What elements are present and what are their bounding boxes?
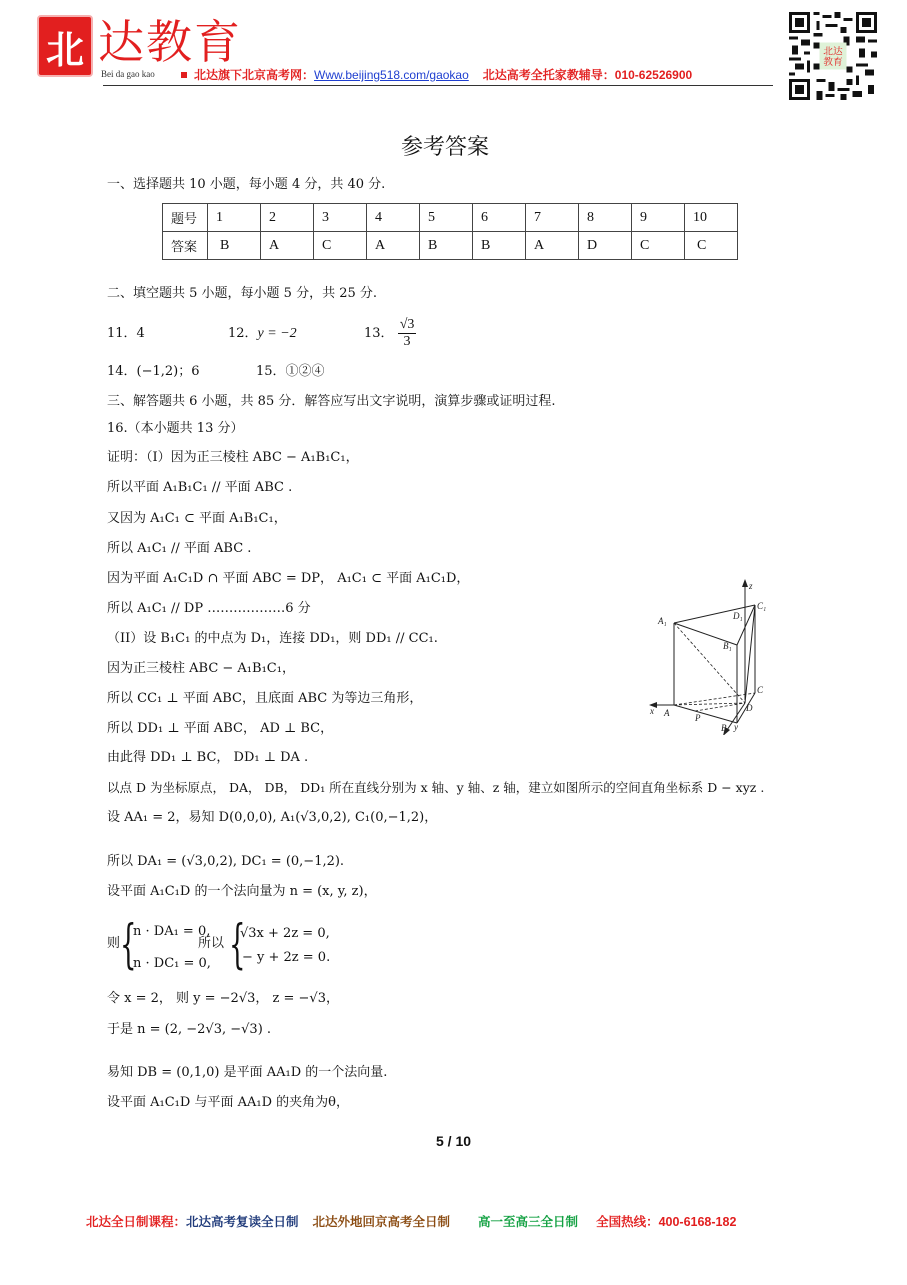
proof-line: 所以 DD₁ ⊥ 平面 ABC， AD ⊥ BC， — [107, 719, 333, 739]
table-cell: A — [367, 232, 420, 260]
q12-value: y = −2 — [258, 326, 297, 341]
footer-label: 北达全日制课程： — [86, 1215, 186, 1229]
figure-label: y — [733, 722, 738, 732]
proof-line: 因为正三棱柱 ABC − A₁B₁C₁， — [107, 659, 295, 679]
figure-label: P — [694, 713, 701, 723]
proof-line: 于是 n = (2, −2√3, −√3) . — [107, 1020, 271, 1040]
logo-mark: 北 — [37, 15, 93, 77]
q16-heading: 16.（本小题共 13 分） — [107, 419, 243, 439]
table-cell: A — [261, 232, 314, 260]
proof-then: 则 — [107, 934, 120, 954]
proof-line: 易知 DB = (0,1,0) 是平面 AA₁D 的一个法向量. — [107, 1063, 387, 1083]
table-cell: 5 — [420, 204, 473, 232]
table-cell: 4 — [367, 204, 420, 232]
figure-label: C₁ — [757, 601, 766, 611]
proof-so: 所以 — [198, 934, 224, 954]
header-prefix: 北达旗下北京高考网： — [194, 68, 314, 82]
footer-course-2: 北达外地回京高考全日制 — [313, 1215, 451, 1229]
figure-label: z — [748, 581, 753, 591]
footer-course-3: 高一至高三全日制 — [478, 1215, 578, 1229]
figure-label: C — [757, 685, 764, 695]
q13-fraction: √33 — [398, 317, 417, 350]
proof-line: 所以 A₁C₁ // 平面 ABC . — [107, 539, 251, 559]
footer-banner: 北达全日制课程：北达高考复读全日制北达外地回京高考全日制高一至高三全日制全国热线… — [86, 1212, 736, 1230]
prism-figure: z C₁ D₁ A₁ B₁ C D x A P B y — [645, 575, 790, 735]
qr-code-icon: 北达 教育 — [789, 12, 877, 100]
proof-line: 因为平面 A₁C₁D ∩ 平面 ABC = DP， A₁C₁ ⊂ 平面 A₁C₁… — [107, 569, 469, 589]
svg-text:教育: 教育 — [823, 55, 843, 68]
proof-line: 设平面 A₁C₁D 的一个法向量为 n = (x, y, z)， — [107, 882, 377, 902]
footer-course-1: 北达高考复读全日制 — [186, 1215, 299, 1229]
logo-char: 北 — [46, 19, 84, 74]
section2-heading: 二、填空题共 5 小题，每小题 5 分，共 25 分. — [107, 284, 377, 304]
answer-table: 题号 1 2 3 4 5 6 7 8 9 10 答案 B A C A B B A… — [162, 203, 738, 260]
table-row-answers: 答案 B A C A B B A D C C — [163, 232, 738, 260]
answer-q13: 13． √33 — [364, 314, 416, 354]
table-cell: 9 — [632, 204, 685, 232]
table-cell: 8 — [579, 204, 632, 232]
proof-line: （II）设 B₁C₁ 的中点为 D₁，连接 DD₁，则 DD₁ // CC₁. — [107, 629, 438, 649]
proof-line: 证明：（I）因为正三棱柱 ABC − A₁B₁C₁， — [107, 448, 359, 468]
equation-line: √3x + 2z = 0, — [240, 924, 330, 944]
proof-line: 所以 DA₁ = (√3,0,2), DC₁ = (0,−1,2). — [107, 852, 344, 872]
table-cell: B — [208, 232, 261, 260]
figure-label: D₁ — [732, 611, 743, 621]
answer-q11: 11．4 — [107, 324, 145, 344]
figure-label: x — [649, 706, 654, 716]
proof-line: 设平面 A₁C₁D 与平面 AA₁D 的夹角为θ， — [107, 1093, 349, 1113]
header-url-link[interactable]: Www.beijing518.com/gaokao — [314, 68, 469, 82]
table-cell: A — [526, 232, 579, 260]
svg-text:北达: 北达 — [823, 44, 843, 57]
answer-q12: 12．y = −2 — [228, 324, 297, 344]
logo-text: 达教育 — [98, 14, 242, 70]
table-cell: 2 — [261, 204, 314, 232]
answer-q15: 15．①②④ — [256, 362, 325, 382]
equation-line: n · DC₁ = 0, — [133, 954, 211, 974]
answer-q14: 14．(−1,2)；6 — [107, 362, 200, 382]
proof-line: 设 AA₁ = 2，易知 D(0,0,0), A₁(√3,0,2), C₁(0,… — [107, 808, 437, 828]
table-cell: C — [314, 232, 367, 260]
header-divider — [103, 85, 773, 86]
q12-number: 12． — [228, 326, 258, 341]
proof-line: 由此得 DD₁ ⊥ BC， DD₁ ⊥ DA . — [107, 748, 308, 768]
proof-line: 令 x = 2， 则 y = −2√3， z = −√3， — [107, 989, 339, 1009]
q13-number: 13． — [364, 326, 394, 341]
bullet-square-icon — [181, 72, 187, 78]
section3-heading: 三、解答题共 6 小题，共 85 分．解答应写出文字说明，演算步骤或证明过程. — [107, 392, 555, 412]
page-title: 参考答案 — [0, 130, 890, 161]
table-cell: B — [420, 232, 473, 260]
proof-line: 所以平面 A₁B₁C₁ // 平面 ABC . — [107, 478, 292, 498]
table-header-cell: 题号 — [163, 204, 208, 232]
proof-line: 所以 CC₁ ⊥ 平面 ABC，且底面 ABC 为等边三角形， — [107, 689, 422, 709]
section1-heading: 一、选择题共 10 小题，每小题 4 分，共 40 分. — [107, 175, 385, 195]
footer-hotline: 全国热线：400-6168-182 — [596, 1215, 736, 1229]
table-cell: B — [473, 232, 526, 260]
figure-label: D — [745, 703, 753, 713]
proof-line: 以点 D 为坐标原点， DA， DB， DD₁ 所在直线分别为 x 轴、y 轴、… — [107, 778, 764, 798]
table-cell: C — [685, 232, 738, 260]
table-cell: D — [579, 232, 632, 260]
header-banner: 北达旗下北京高考网：Www.beijing518.com/gaokao北达高考全… — [194, 66, 692, 83]
figure-label: B — [721, 723, 727, 733]
equation-line: − y + 2z = 0. — [242, 948, 330, 968]
proof-line: 所以 A₁C₁ // DP ………………6 分 — [107, 599, 311, 619]
page-number: 5 / 10 — [0, 1133, 907, 1149]
table-header-cell: 答案 — [163, 232, 208, 260]
figure-label: B₁ — [723, 641, 732, 651]
figure-label: A₁ — [657, 616, 667, 626]
table-cell: 7 — [526, 204, 579, 232]
figure-label: A — [663, 708, 670, 718]
table-cell: C — [632, 232, 685, 260]
logo-subtitle: Bei da gao kao — [101, 69, 155, 79]
table-cell: 3 — [314, 204, 367, 232]
table-cell: 10 — [685, 204, 738, 232]
table-cell: 1 — [208, 204, 261, 232]
proof-line: 又因为 A₁C₁ ⊂ 平面 A₁B₁C₁， — [107, 509, 287, 529]
header-tutor: 北达高考全托家教辅导：010-62526900 — [483, 68, 692, 82]
table-cell: 6 — [473, 204, 526, 232]
table-row-questions: 题号 1 2 3 4 5 6 7 8 9 10 — [163, 204, 738, 232]
